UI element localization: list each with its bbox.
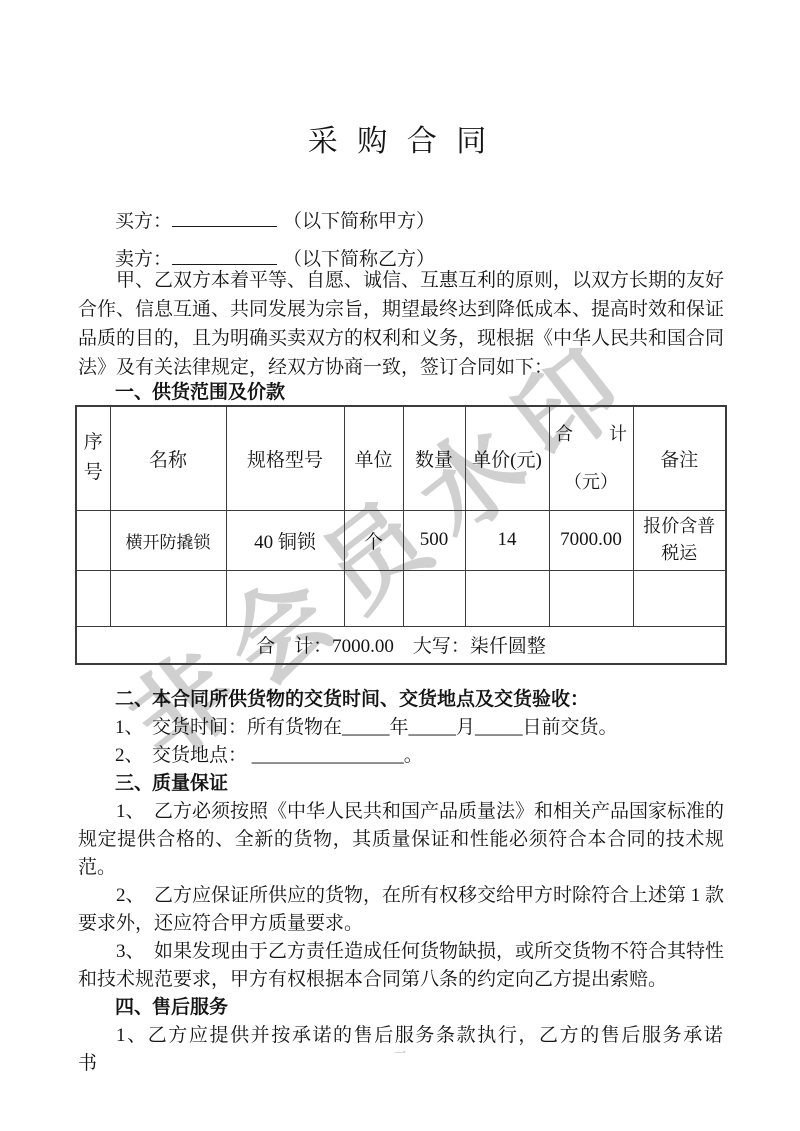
table-row: 横开防撬锁 40 铜锁 个 500 14 7000.00 报价含普税运 — [76, 510, 726, 570]
section4-heading: 四、 售后服务 — [115, 994, 724, 1022]
section4-number: 四、 — [115, 994, 152, 1022]
empty-cell — [344, 570, 403, 626]
contract-page: 非会员水印 采 购 合 同 买方：（以下简称甲方） 卖方：（以下简称乙方） 甲、… — [0, 0, 800, 1131]
empty-cell — [76, 570, 110, 626]
document-title: 采 购 合 同 — [0, 116, 800, 160]
section3-number: 三、 — [115, 770, 152, 798]
empty-cell — [633, 570, 726, 626]
table-total-text: 合 计：7000.00 大写：柒仟圆整 — [76, 626, 726, 664]
section2-title: 本合同所供货物的交货时间、交货地点及交货验收： — [152, 686, 589, 714]
quality-clause-3: 3、 如果发现由于乙方责任造成任何货物缺损，或所交货物不符合其特性和技术规范要求… — [78, 938, 724, 994]
delivery-place-text: 交货地点： ________________。 — [152, 742, 423, 770]
table-empty-row — [76, 570, 726, 626]
delivery-place-item: 2、 交货地点： ________________。 — [115, 742, 724, 770]
delivery-time-item: 1、 交货时间：所有货物在_____年_____月_____日前交货。 — [115, 714, 724, 742]
quality-clause-2: 2、 乙方应保证所供应的货物，在所有权移交给甲方时除符合上述第 1 款要求外，还… — [78, 882, 724, 938]
empty-cell — [403, 570, 465, 626]
section2-heading: 二、 本合同所供货物的交货时间、交货地点及交货验收： — [115, 686, 724, 714]
buyer-suffix: （以下简称甲方） — [283, 211, 435, 232]
cell-spec: 40 铜锁 — [226, 510, 344, 570]
section3-heading: 三、 质量保证 — [115, 770, 724, 798]
section3-title: 质量保证 — [152, 770, 228, 798]
header-spec: 规格型号 — [226, 406, 344, 510]
empty-cell — [226, 570, 344, 626]
empty-cell — [465, 570, 549, 626]
section4-title: 售后服务 — [152, 994, 228, 1022]
header-unit: 单位 — [344, 406, 403, 510]
cell-qty: 500 — [403, 510, 465, 570]
section1-number: 一、 — [115, 382, 152, 404]
header-price: 单价(元) — [465, 406, 549, 510]
table-total-row: 合 计：7000.00 大写：柒仟圆整 — [76, 626, 726, 664]
buyer-blank-line — [172, 209, 277, 227]
header-seq: 序 号 — [76, 406, 110, 510]
lower-sections: 二、 本合同所供货物的交货时间、交货地点及交货验收： 1、 交货时间：所有货物在… — [78, 686, 724, 1078]
item-number: 2、 — [115, 742, 152, 770]
header-total: 合 计 （元） — [549, 406, 633, 510]
header-name: 名称 — [110, 406, 226, 510]
section1-title: 供货范围及价款 — [152, 382, 285, 404]
header-qty: 数量 — [403, 406, 465, 510]
header-note: 备注 — [633, 406, 726, 510]
cell-unit: 个 — [344, 510, 403, 570]
section1-heading: 一、 供货范围及价款 — [115, 382, 724, 404]
seller-blank-line — [172, 247, 277, 265]
cell-seq — [76, 510, 110, 570]
section2-number: 二、 — [115, 686, 152, 714]
buyer-row: 买方：（以下简称甲方） — [78, 203, 724, 241]
section1-heading-wrap: 一、 供货范围及价款 — [78, 382, 724, 404]
cell-price: 14 — [465, 510, 549, 570]
table-header-row: 序 号 名称 规格型号 单位 数量 单价(元) 合 计 （元） 备注 — [76, 406, 726, 510]
buyer-label: 买方： — [115, 211, 172, 232]
cell-note: 报价含普税运 — [633, 510, 726, 570]
goods-table: 序 号 名称 规格型号 单位 数量 单价(元) 合 计 （元） 备注 横开防撬锁… — [75, 405, 727, 665]
item-number: 1、 — [115, 714, 152, 742]
empty-cell — [110, 570, 226, 626]
preamble-paragraph: 甲、乙双方本着平等、自愿、诚信、互惠互利的原则，以双方长期的友好合作、信息互通、… — [78, 266, 724, 382]
cell-total: 7000.00 — [549, 510, 633, 570]
delivery-time-text: 交货时间：所有货物在_____年_____月_____日前交货。 — [152, 714, 618, 742]
empty-cell — [549, 570, 633, 626]
cell-name: 横开防撬锁 — [110, 510, 226, 570]
quality-clause-1: 1、 乙方必须按照《中华人民共和国产品质量法》和相关产品国家标准的规定提供合格的… — [78, 798, 724, 882]
page-number: 一 — [0, 1044, 800, 1061]
